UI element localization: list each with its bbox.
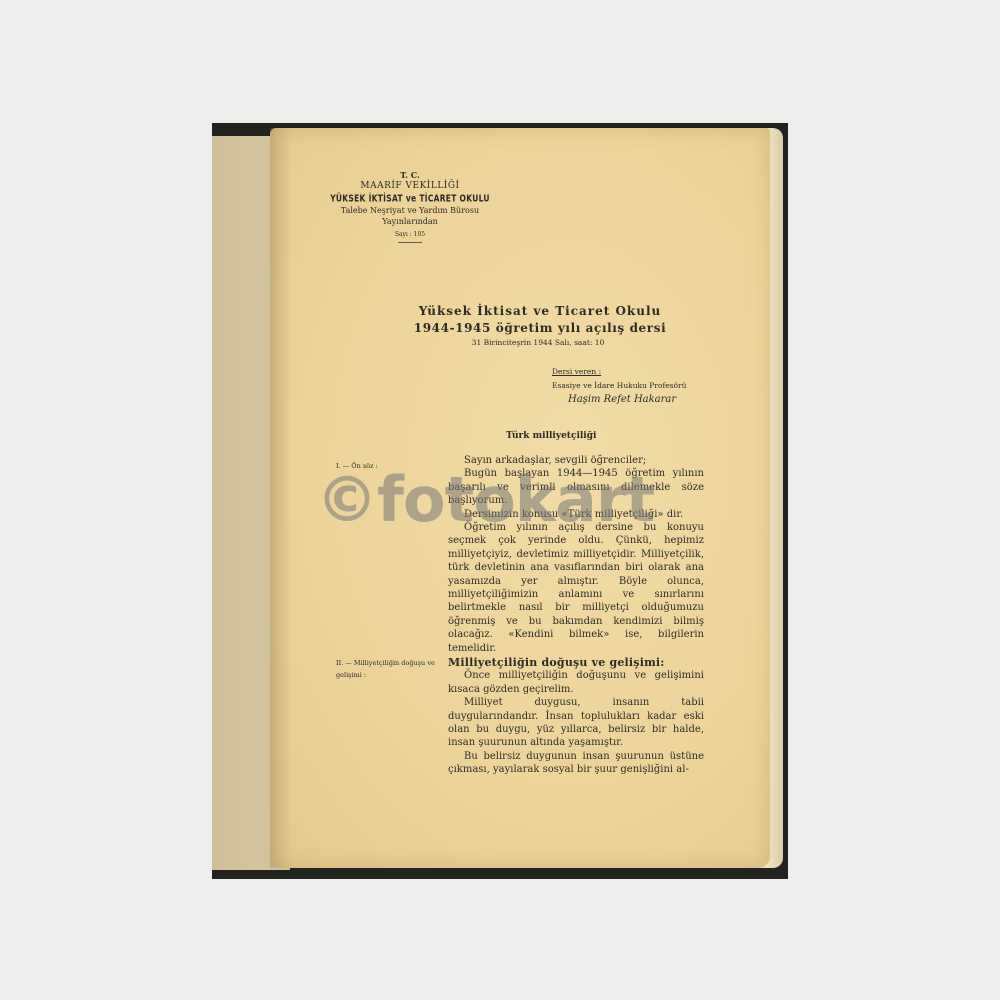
document-page: T. C. MAARİF VEKİLLİĞİ YÜKSEK İKTİSAT ve… xyxy=(270,128,770,868)
publisher-header: T. C. MAARİF VEKİLLİĞİ YÜKSEK İKTİSAT ve… xyxy=(330,170,490,243)
document-subtitle: 1944-1945 öğretim yılı açılış dersi xyxy=(380,320,700,336)
document-title: Yüksek İktisat ve Ticaret Okulu xyxy=(380,302,700,320)
header-office: Talebe Neşriyat ve Yardım Bürosu xyxy=(330,205,490,216)
issue-number: Sayı : 105 xyxy=(330,229,490,240)
preface-text: Sayın arkadaşlar, sevgili öğrenciler; Bu… xyxy=(448,454,704,655)
lecturer-label: Dersi veren : xyxy=(552,365,712,379)
margin-note-origin: II. — Milliyetçiliğin doğuşu ve gelişimi… xyxy=(336,657,446,681)
paragraph: Bugün başlayan 1944—1945 öğretim yılının… xyxy=(448,467,704,507)
lecturer-name: Haşim Refet Hakarar xyxy=(568,393,712,407)
paragraph: Bu belirsiz duygunun insan şuurunun üstü… xyxy=(448,750,704,777)
ornament-divider xyxy=(398,242,422,243)
lecture-date: 31 Birinciteşrin 1944 Salı, saat: 10 xyxy=(376,336,700,350)
subsection-heading: Milliyetçiliğin doğuşu ve gelişimi: xyxy=(448,656,704,669)
paragraph: Sayın arkadaşlar, sevgili öğrenciler; xyxy=(448,454,704,467)
origin-text: Milliyetçiliğin doğuşu ve gelişimi: Önce… xyxy=(448,656,704,777)
header-state: T. C. xyxy=(330,170,490,181)
header-ministry: MAARİF VEKİLLİĞİ xyxy=(330,181,490,192)
paragraph: Önce milliyetçiliğin doğuşunu ve gelişim… xyxy=(448,669,704,696)
header-school: YÜKSEK İKTİSAT ve TİCARET OKULU xyxy=(330,192,490,206)
paragraph: Dersimizin konusu «Türk milliyetçiliği» … xyxy=(448,508,704,521)
lecturer-position: Esasiye ve İdare Hukuku Profesörü xyxy=(552,379,712,393)
header-publications: Yayınlarından xyxy=(330,216,490,227)
page-fold-shadow xyxy=(270,128,292,868)
title-block: Yüksek İktisat ve Ticaret Okulu 1944-194… xyxy=(380,302,700,350)
section-title: Türk milliyetçiliği xyxy=(506,431,596,441)
margin-note-preface: I. — Ön söz : xyxy=(336,460,446,472)
paragraph: Milliyet duygusu, insanın tabii duygular… xyxy=(448,696,704,750)
paragraph: Öğretim yılının açılış dersine bu konuyu… xyxy=(448,521,704,655)
lecturer-block: Dersi veren : Esasiye ve İdare Hukuku Pr… xyxy=(552,365,712,407)
